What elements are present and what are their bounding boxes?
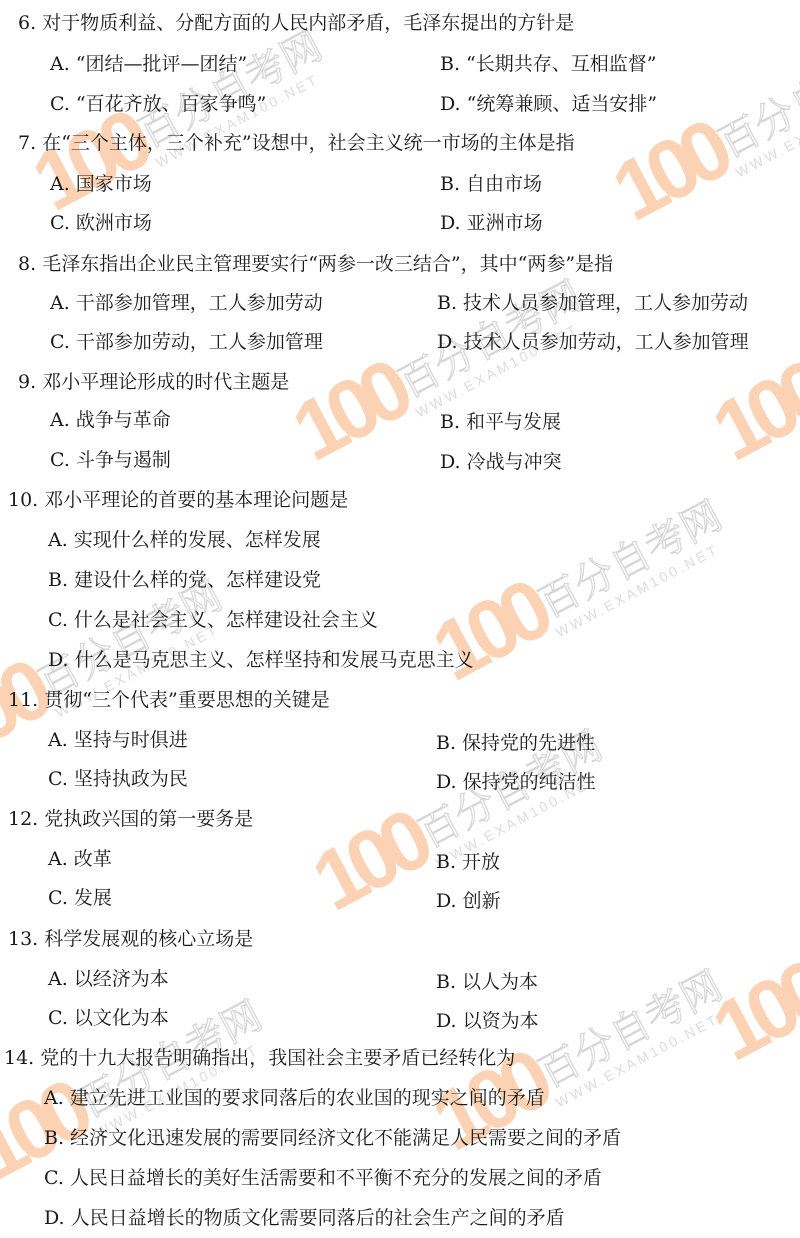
option-12a: A.改革	[48, 847, 112, 871]
option-11a: A.坚持与时俱进	[48, 728, 188, 752]
question-12: 12. 党执政兴国的第一要务是	[8, 807, 253, 831]
option-14c: C.人民日益增长的美好生活需要和不平衡不充分的发展之间的矛盾	[44, 1166, 602, 1190]
option-7a: A.国家市场	[50, 172, 152, 196]
question-text: 科学发展观的核心立场是	[44, 928, 253, 950]
question-7: 7. 在“三个主体，三个补充”设想中，社会主义统一市场的主体是指	[18, 131, 575, 155]
question-text: 邓小平理论形成的时代主题是	[42, 371, 289, 393]
option-10b: B.建设什么样的党、怎样建设党	[48, 568, 321, 592]
question-text: 毛泽东指出企业民主管理要实行“两参一改三结合”，其中“两参”是指	[42, 253, 613, 275]
exam-page: 6. 对于物质利益、分配方面的人民内部矛盾，毛泽东提出的方针是 A.“团结—批评…	[0, 0, 800, 1238]
question-8: 8. 毛泽东指出企业民主管理要实行“两参一改三结合”，其中“两参”是指	[18, 252, 613, 276]
option-7b: B.自由市场	[440, 172, 542, 196]
question-text: 对于物质利益、分配方面的人民内部矛盾，毛泽东提出的方针是	[42, 12, 574, 34]
option-11b: B.保持党的先进性	[436, 731, 595, 755]
option-6c: C.“百花齐放、百家争鸣”	[50, 92, 266, 116]
question-11: 11. 贯彻“三个代表”重要思想的关键是	[8, 688, 330, 712]
question-number: 11.	[8, 688, 38, 712]
option-10a: A.实现什么样的发展、怎样发展	[48, 528, 321, 552]
option-11d: D.保持党的纯洁性	[436, 770, 596, 794]
question-13: 13. 科学发展观的核心立场是	[8, 927, 253, 951]
question-9: 9. 邓小平理论形成的时代主题是	[18, 370, 289, 394]
option-13a: A.以经济为本	[48, 967, 169, 991]
option-13c: C.以文化为本	[48, 1006, 169, 1030]
question-text: 在“三个主体，三个补充”设想中，社会主义统一市场的主体是指	[42, 132, 574, 154]
question-number: 7.	[18, 131, 36, 155]
option-8d: D.技术人员参加劳动，工人参加管理	[437, 330, 749, 354]
question-number: 12.	[8, 807, 38, 831]
option-8b: B.技术人员参加管理，工人参加劳动	[437, 291, 748, 315]
question-number: 13.	[8, 927, 38, 951]
question-number: 8.	[18, 252, 36, 276]
option-13d: D.以资为本	[436, 1009, 539, 1033]
option-9a: A.战争与革命	[50, 408, 171, 432]
option-6a: A.“团结—批评—团结”	[50, 52, 247, 76]
option-7d: D.亚洲市场	[440, 211, 543, 235]
option-8c: C.干部参加劳动，工人参加管理	[50, 330, 323, 354]
option-12b: B.开放	[436, 850, 500, 874]
option-9b: B.和平与发展	[440, 410, 561, 434]
option-9d: D.冷战与冲突	[440, 450, 562, 474]
question-number: 10.	[8, 488, 38, 512]
option-13b: B.以人为本	[436, 970, 538, 994]
option-14d: D.人民日益增长的物质文化需要同落后的社会生产之间的矛盾	[44, 1206, 565, 1230]
option-11c: C.坚持执政为民	[48, 767, 188, 791]
option-12d: D.创新	[436, 889, 501, 913]
question-text: 党的十九大报告明确指出，我国社会主要矛盾已经转化为	[40, 1047, 515, 1069]
question-number: 14.	[4, 1046, 34, 1070]
option-6b: B.“长期共存、互相监督”	[440, 52, 656, 76]
option-12c: C.发展	[48, 886, 112, 910]
option-10d: D.什么是马克思主义、怎样坚持和发展马克思主义	[48, 648, 474, 672]
question-14: 14. 党的十九大报告明确指出，我国社会主要矛盾已经转化为	[4, 1046, 515, 1070]
question-number: 9.	[18, 370, 36, 394]
question-text: 贯彻“三个代表”重要思想的关键是	[44, 689, 329, 711]
question-number: 6.	[18, 11, 36, 35]
option-6d: D.“统筹兼顾、适当安排”	[440, 92, 657, 116]
question-6: 6. 对于物质利益、分配方面的人民内部矛盾，毛泽东提出的方针是	[18, 11, 574, 35]
question-10: 10. 邓小平理论的首要的基本理论问题是	[8, 488, 348, 512]
option-8a: A.干部参加管理，工人参加劳动	[50, 291, 323, 315]
option-14b: B.经济文化迅速发展的需要同经济文化不能满足人民需要之间的矛盾	[44, 1126, 621, 1150]
option-7c: C.欧洲市场	[50, 211, 152, 235]
option-10c: C.什么是社会主义、怎样建设社会主义	[48, 608, 378, 632]
option-9c: C.斗争与遏制	[50, 448, 171, 472]
option-14a: A.建立先进工业国的要求同落后的农业国的现实之间的矛盾	[44, 1086, 545, 1110]
question-text: 邓小平理论的首要的基本理论问题是	[44, 489, 348, 511]
question-text: 党执政兴国的第一要务是	[44, 808, 253, 830]
